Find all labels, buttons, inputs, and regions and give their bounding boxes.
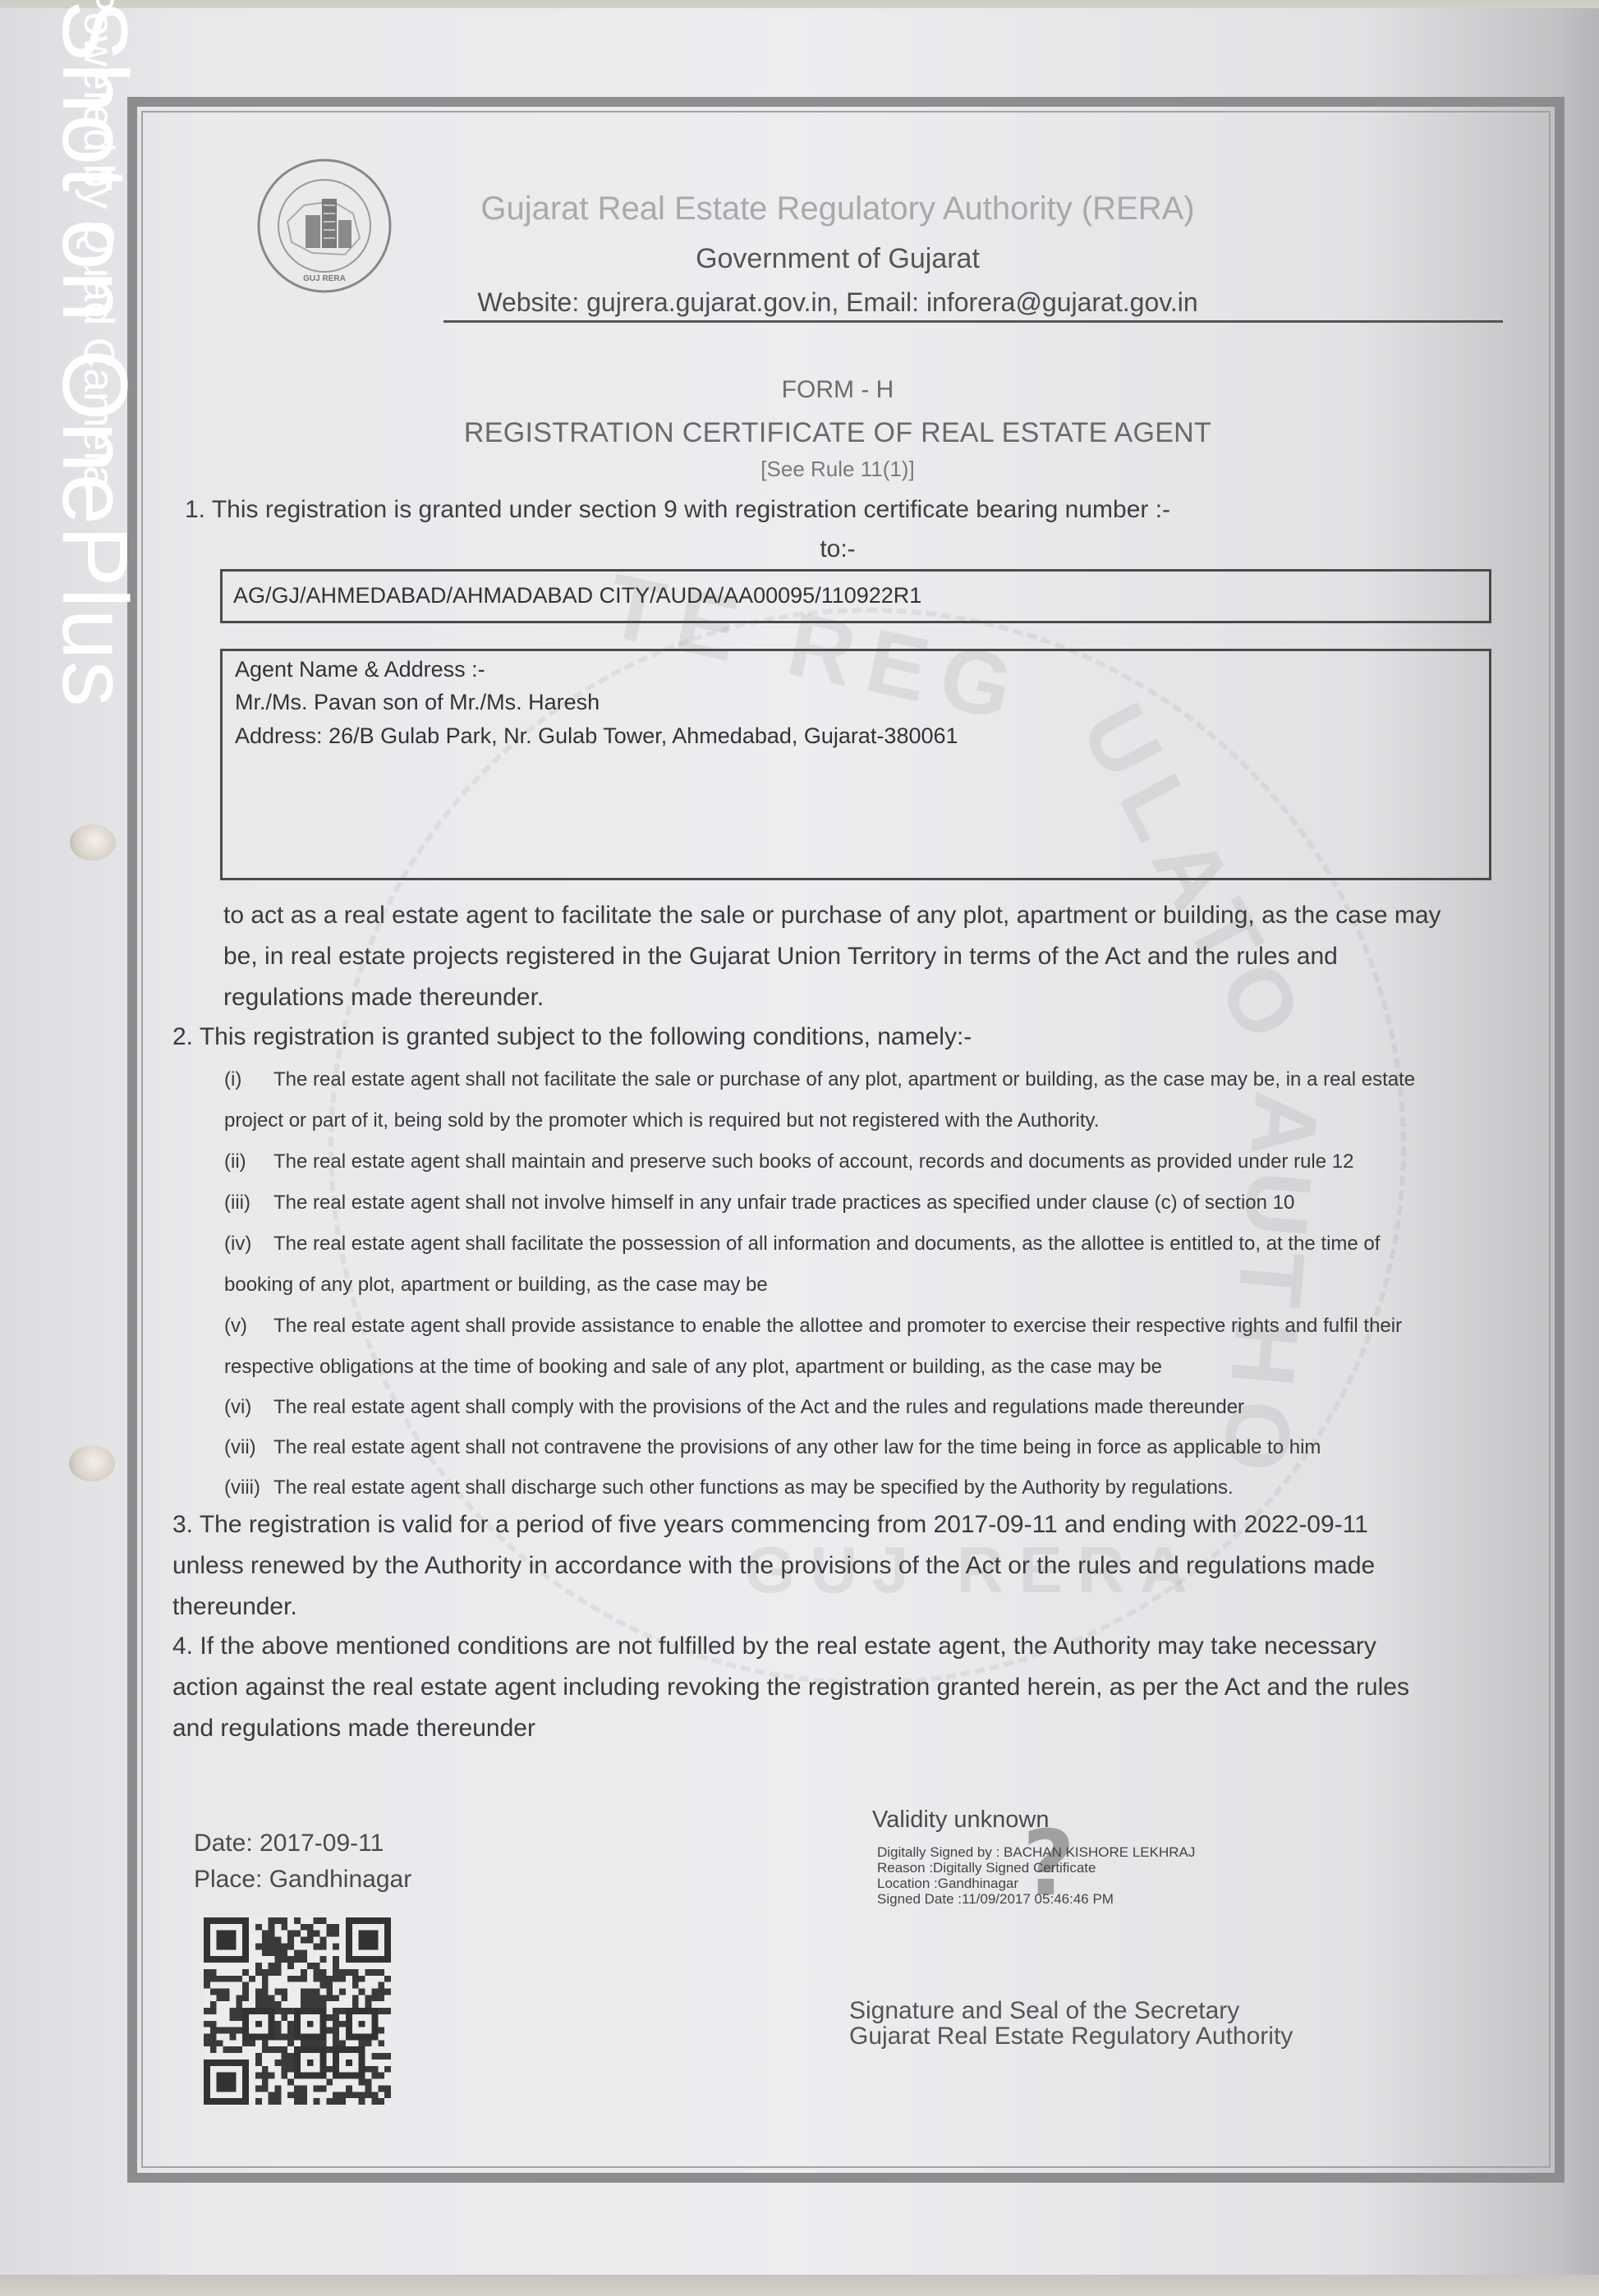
condition-text: The real estate agent shall maintain and… [273, 1150, 1353, 1173]
form-name: FORM - H [443, 376, 1232, 404]
condition-text: The real estate agent shall facilitate t… [273, 1233, 1380, 1255]
condition-item: (iii)The real estate agent shall not inv… [224, 1182, 1505, 1224]
agent-details-box [220, 649, 1491, 880]
condition-item: (viii)The real estate agent shall discha… [224, 1467, 1505, 1508]
sign-location: Location :Gandhinagar [877, 1876, 1195, 1891]
text-line: to act as a real estate agent to facilit… [223, 895, 1505, 936]
signed-by: Digitally Signed by : BACHAN KISHORE LEK… [877, 1844, 1195, 1860]
issue-date: Date: 2017-09-11 [194, 1830, 384, 1857]
clause-4-text: 4. If the above mentioned conditions are… [172, 1626, 1503, 1749]
punch-hole [70, 824, 116, 861]
government-name: Government of Gujarat [443, 243, 1232, 275]
condition-number: (ii) [224, 1141, 273, 1182]
text-line: 3. The registration is valid for a perio… [172, 1504, 1503, 1545]
condition-text: The real estate agent shall comply with … [273, 1396, 1244, 1418]
agent-address: Address: 26/B Gulab Park, Nr. Gulab Towe… [235, 723, 958, 749]
condition-item: (i)The real estate agent shall not facil… [224, 1059, 1505, 1100]
condition-continuation: respective obligations at the time of bo… [224, 1347, 1505, 1388]
rera-seal-icon: GUJ RERA [255, 156, 394, 296]
qr-code[interactable] [204, 1917, 391, 2105]
condition-text: The real estate agent shall discharge su… [273, 1476, 1234, 1499]
condition-number: (iii) [224, 1182, 273, 1224]
signature-caption-2: Gujarat Real Estate Regulatory Authority [849, 2023, 1293, 2050]
signature-caption-1: Signature and Seal of the Secretary [849, 1997, 1239, 2025]
clause-1-text: to act as a real estate agent to facilit… [223, 895, 1505, 1018]
agent-heading: Agent Name & Address :- [235, 657, 485, 682]
signature-details: Digitally Signed by : BACHAN KISHORE LEK… [877, 1844, 1195, 1907]
table-surface-bottom [0, 2275, 1599, 2296]
registration-number: AG/GJ/AHMEDABAD/AHMADABAD CITY/AUDA/AA00… [233, 583, 921, 608]
rule-reference: [See Rule 11(1)] [443, 457, 1232, 482]
condition-text: The real estate agent shall provide assi… [273, 1315, 1402, 1337]
text-line: and regulations made thereunder [172, 1708, 1503, 1749]
condition-item: (iv)The real estate agent shall facilita… [224, 1224, 1505, 1265]
condition-text: The real estate agent shall not involve … [273, 1192, 1294, 1214]
header-divider [443, 320, 1503, 323]
condition-number: (v) [224, 1306, 273, 1347]
text-line: action against the real estate agent inc… [172, 1667, 1503, 1708]
punch-hole [69, 1445, 115, 1481]
sign-reason: Reason :Digitally Signed Certificate [877, 1860, 1195, 1876]
condition-number: (iv) [224, 1224, 273, 1265]
camera-watermark-sub: Powered by Quad Camera [74, 0, 123, 489]
certificate-title: REGISTRATION CERTIFICATE OF REAL ESTATE … [411, 417, 1265, 449]
condition-text: The real estate agent shall not contrave… [273, 1436, 1321, 1458]
authority-title: Gujarat Real Estate Regulatory Authority… [443, 191, 1232, 227]
text-line: unless renewed by the Authority in accor… [172, 1545, 1503, 1587]
clause-2-intro: 2. This registration is granted subject … [172, 1017, 1503, 1058]
condition-continuation: project or part of it, being sold by the… [224, 1100, 1505, 1141]
agent-name: Mr./Ms. Pavan son of Mr./Ms. Haresh [235, 690, 600, 715]
clause-1-intro: 1. This registration is granted under se… [185, 496, 1170, 524]
contact-info: Website: gujrera.gujarat.gov.in, Email: … [443, 287, 1232, 318]
condition-item: (vi)The real estate agent shall comply w… [224, 1387, 1505, 1428]
condition-number: (vii) [224, 1427, 273, 1468]
to-label: to:- [443, 535, 1232, 563]
text-line: be, in real estate projects registered i… [223, 936, 1505, 977]
text-line: thereunder. [172, 1587, 1503, 1628]
condition-text: The real estate agent shall not facilita… [273, 1068, 1415, 1091]
rera-logo: GUJ RERA [255, 156, 394, 296]
text-line: 4. If the above mentioned conditions are… [172, 1626, 1503, 1667]
condition-number: (viii) [224, 1467, 273, 1508]
clause-3-text: 3. The registration is valid for a perio… [172, 1504, 1503, 1628]
condition-number: (vi) [224, 1387, 273, 1428]
text-line: regulations made thereunder. [223, 977, 1505, 1018]
condition-continuation: booking of any plot, apartment or buildi… [224, 1265, 1505, 1306]
condition-item: (v)The real estate agent shall provide a… [224, 1306, 1505, 1347]
condition-number: (i) [224, 1059, 273, 1100]
signed-date: Signed Date :11/09/2017 05:46:46 PM [877, 1891, 1195, 1907]
qr-code-icon [204, 1917, 391, 2105]
condition-item: (vii)The real estate agent shall not con… [224, 1427, 1505, 1468]
issue-place: Place: Gandhinagar [194, 1866, 411, 1894]
condition-item: (ii)The real estate agent shall maintain… [224, 1141, 1505, 1182]
svg-text:GUJ RERA: GUJ RERA [303, 274, 346, 283]
